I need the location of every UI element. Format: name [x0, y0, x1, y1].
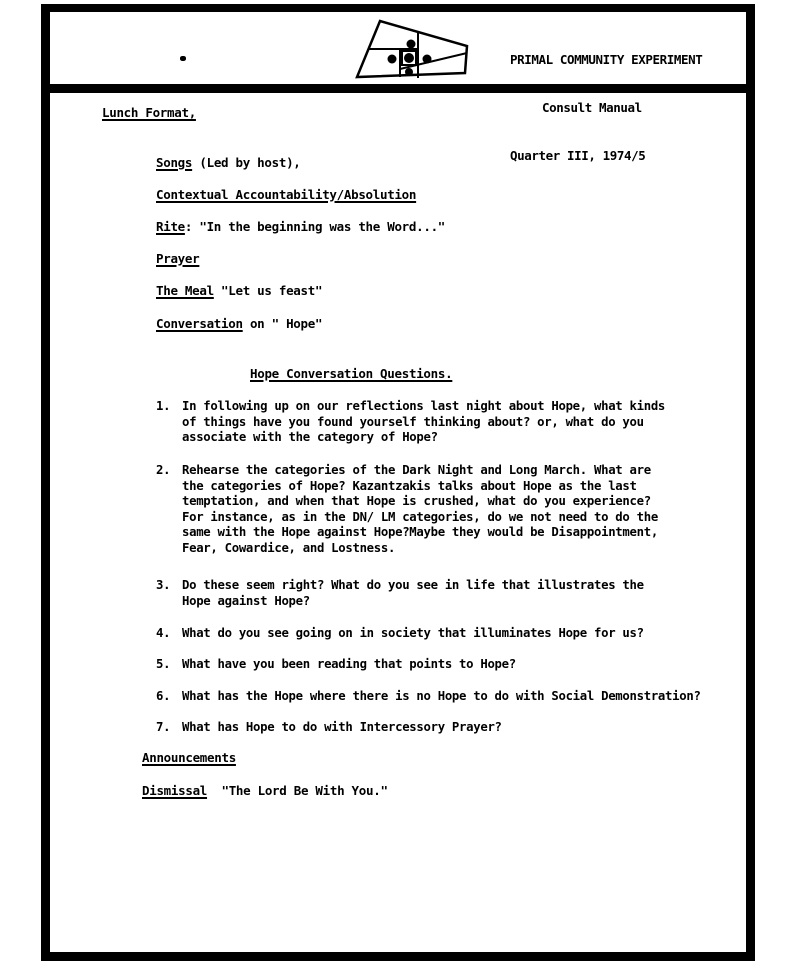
section-title: Lunch Format, [102, 105, 196, 121]
question-4: 4. What do you see going on in society t… [156, 626, 716, 642]
page-frame: PRIMAL COMMUNITY EXPERIMENT Consult Manu… [41, 4, 755, 961]
closing-dismissal: Dismissal "The Lord Be With You." [142, 783, 388, 799]
ink-speck [180, 56, 186, 61]
questions-title: Hope Conversation Questions. [250, 366, 452, 382]
closing-announcements: Announcements [142, 750, 236, 766]
agenda-item-rite: Rite: "In the beginning was the Word..." [156, 219, 445, 235]
document-title: PRIMAL COMMUNITY EXPERIMENT Consult Manu… [510, 20, 702, 196]
primal-community-logo-icon [355, 15, 471, 81]
title-line-1: PRIMAL COMMUNITY EXPERIMENT [510, 52, 702, 68]
title-line-3: Quarter III, 1974/5 [510, 148, 702, 164]
question-7: 7. What has Hope to do with Intercessory… [156, 720, 716, 736]
agenda-item-meal: The Meal "Let us feast" [156, 283, 322, 299]
question-2: 2. Rehearse the categories of the Dark N… [156, 463, 716, 556]
agenda-item-songs: Songs (Led by host), [156, 155, 301, 171]
agenda-item-conversation: Conversation on " Hope" [156, 316, 322, 332]
header-box: PRIMAL COMMUNITY EXPERIMENT Consult Manu… [50, 12, 746, 93]
agenda-item-prayer: Prayer [156, 251, 199, 267]
title-line-2: Consult Manual [510, 100, 702, 116]
question-1: 1. In following up on our reflections la… [156, 399, 716, 446]
question-3: 3. Do these seem right? What do you see … [156, 578, 716, 609]
question-6: 6. What has the Hope where there is no H… [156, 689, 776, 705]
question-5: 5. What have you been reading that point… [156, 657, 716, 673]
agenda-item-accountability: Contextual Accountability/Absolution [156, 187, 416, 203]
